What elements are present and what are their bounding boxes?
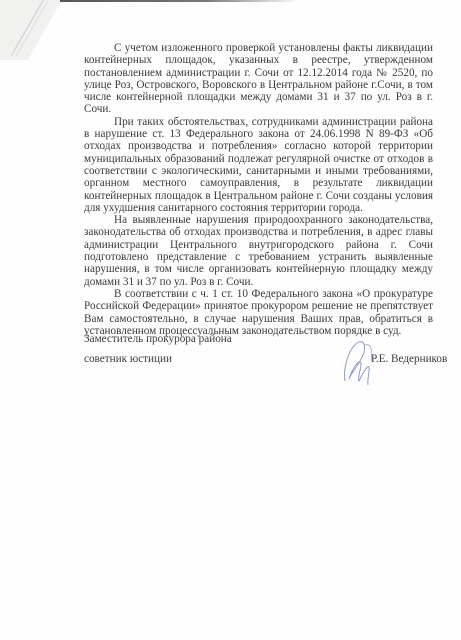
paragraph-findings: С учетом изложенного проверкой установле…: [84, 42, 433, 116]
paragraph-appeal-rights: В соответствии с ч. 1 ст. 10 Федеральног…: [84, 288, 433, 337]
signatory-rank: советник юстиции: [84, 353, 172, 365]
paragraph-violation: При таких обстоятельствах, сотрудниками …: [84, 116, 433, 214]
page-edge-shadow: [60, 0, 300, 2]
signatory-position: Заместитель прокурора района: [84, 333, 232, 345]
scanned-document-page: С учетом изложенного проверкой установле…: [0, 0, 461, 640]
document-body: С учетом изложенного проверкой установле…: [84, 42, 433, 337]
paragraph-representation: На выявленные нарушения природоохранного…: [84, 214, 433, 288]
signatory-name: Р.Е. Ведерников: [371, 353, 447, 365]
